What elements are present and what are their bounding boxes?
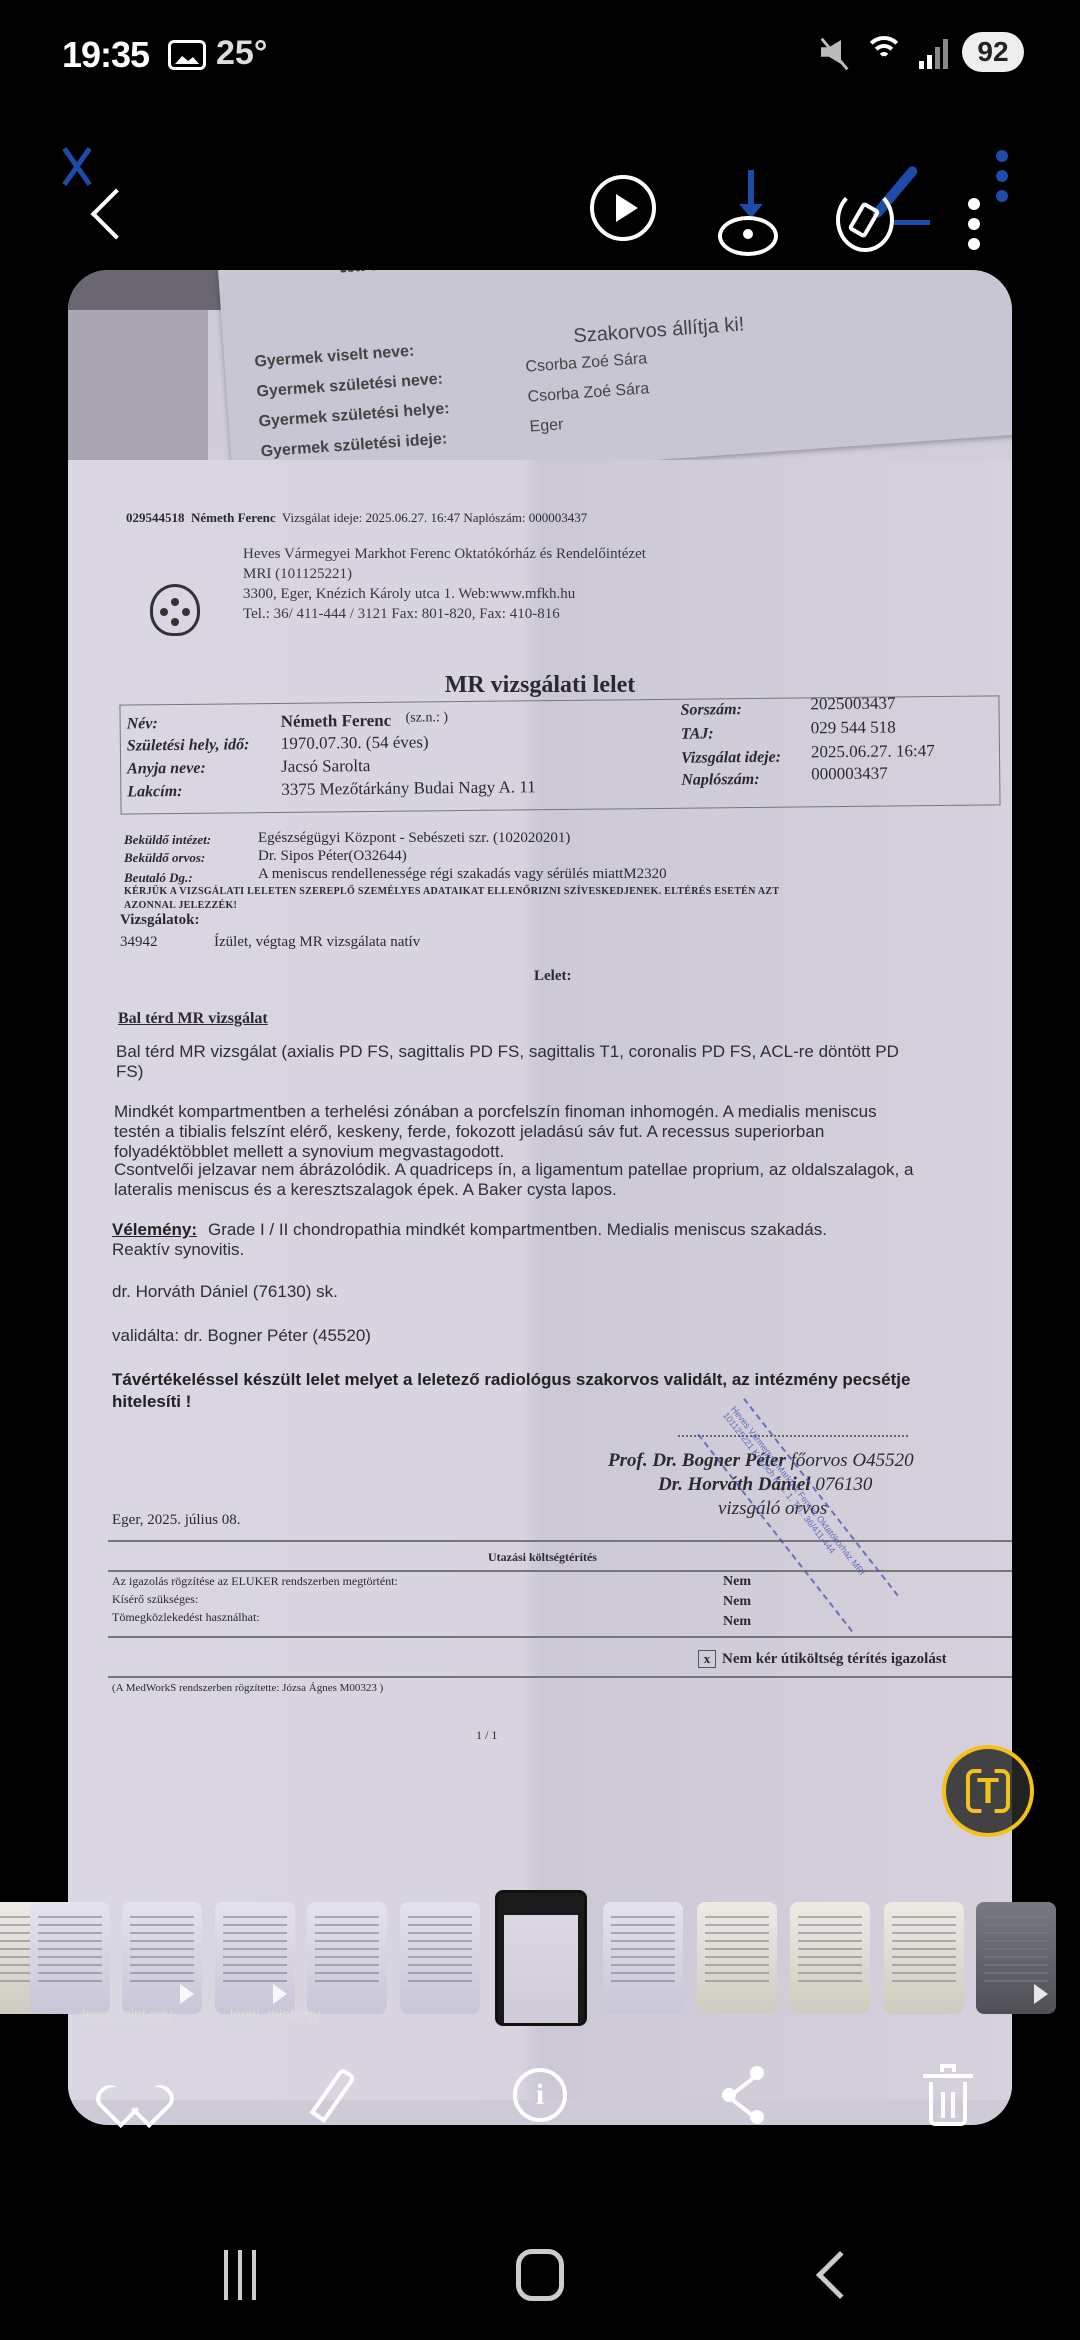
opinion-label: Vélemény: [112,1220,197,1240]
patient-info-box: Név: Németh Ferenc (sz.n.: ) Születési h… [119,695,1000,814]
status-bar: 19:35 25° 92 [0,0,1080,110]
referral-dg-value: A meniscus rendellenessége régi szakadás… [258,866,667,883]
thumbnail[interactable] [697,1902,777,2014]
delete-button[interactable] [913,2060,983,2130]
pencil-icon [310,2067,357,2123]
travel-row-label: Az igazolás rögzítése az ELUKER rendszer… [112,1574,398,1589]
travel-row-value: Nem [723,1614,751,1630]
divider [108,1540,1012,1542]
background-row-label: Gyermek születési helye: [258,400,450,431]
scan-text-glyph: T [977,1770,999,1812]
battery-icon: 92 [962,32,1024,72]
signed-by: dr. Horváth Dániel (76130) sk. [112,1282,338,1302]
share-icon [708,2060,778,2130]
recorded-by: (A MedWorkS rendszerben rögzítette: Józs… [112,1682,383,1694]
mother-label: Anyja neve: [127,760,206,779]
exam-code: 34942 [120,934,158,951]
background-row-value: Eger [529,416,564,436]
address-label: Lakcím: [127,783,182,802]
birth-label: Születési hely, idő: [127,736,250,755]
serial-label: Sorszám: [680,701,742,720]
place-date: Eger, 2025. július 08. [112,1512,241,1529]
header-name: Németh Ferenc [191,510,276,525]
bixby-vision-button[interactable] [710,170,800,260]
status-time: 19:35 [62,34,149,76]
thumbnail-strip[interactable]: lenni, mint egy lenni, mint egy [0,1890,1080,2030]
body-line: Csontvelői jelzavar nem ábrázolódik. A q… [114,1160,913,1180]
travel-row-value: Nem [723,1594,751,1610]
photo-viewer[interactable]: tartósan beteg, illetőleg súlyosan fogya… [68,270,1012,2125]
thumbnail[interactable] [30,1902,110,2014]
gallery-viewer-screen: 19:35 25° 92 [0,0,1080,2340]
name-suffix: (sz.n.: ) [406,710,449,726]
travel-checkbox-row: xNem kér útiköltség térítés igazolást [698,1650,947,1668]
data-check-notice-2: AZONNAL JELEZZÉK! [124,900,237,911]
thumbnail-active[interactable] [495,1890,587,2026]
more-dot [968,238,980,250]
background-row-label: Gyermek születési ideje: [260,430,448,461]
play-triangle-icon [616,194,638,222]
mute-icon [819,34,849,70]
eye-pupil [739,225,757,243]
referral-institute-value: Egészségügyi Központ - Sebészeti szr. (1… [258,830,570,847]
travel-row-label: Kísérő szükséges: [112,1592,198,1607]
referral-doctor-value: Dr. Sipos Péter(O32644) [258,848,407,865]
recents-icon [219,2250,261,2300]
heart-icon [113,2077,153,2113]
page-number: 1 / 1 [476,1728,497,1743]
thumbnail[interactable] [884,1902,964,2014]
institution-unit: MRI (101125221) [243,566,352,583]
travel-title: Utazási költségtérítés [488,1550,597,1565]
favorite-button[interactable] [98,2060,168,2130]
body-line: lateralis meniscus és a keresztszalagok … [114,1180,617,1200]
body-line: folyadéktöbblet mellett a synovium megva… [114,1142,504,1162]
travel-checkbox-label: Nem kér útiköltség térítés igazolást [722,1651,947,1667]
report-header-line: 029544518 Németh Ferenc Vizsgálat ideje:… [126,510,587,526]
body-line: FS) [116,1062,143,1082]
recents-button[interactable] [200,2240,280,2310]
background-row-value: Csorba Zoé Sára [525,350,648,376]
exam-time-value: 2025.06.27. 16:47 [811,741,935,762]
background-heading: tartósan beteg, illetőleg súlyosan fogya… [337,270,987,280]
body-line: Mindkét kompartmentben a terhelési zónáb… [114,1102,877,1122]
more-dot [996,190,1008,202]
body-line: Bal térd MR vizsgálat (axialis PD FS, sa… [116,1042,899,1062]
thumbnail[interactable] [976,1902,1056,2014]
thumbnail[interactable] [307,1902,387,2014]
header-rest: Vizsgálat ideje: 2025.06.27. 16:47 Napló… [282,510,587,525]
pen-underline [894,220,930,225]
video-play-icon [273,1984,287,2004]
info-icon: i [513,2068,567,2122]
thumbnail[interactable] [400,1902,480,2014]
details-button[interactable]: i [505,2060,575,2130]
home-icon [516,2249,564,2301]
status-temperature: 25° [216,34,267,73]
rotate-button[interactable] [830,160,940,260]
exam-name: Ízület, végtag MR vizsgálata natív [214,934,420,951]
top-toolbar [0,130,1080,260]
divider [108,1636,1012,1638]
referral-dg-label: Beutaló Dg.: [124,870,193,886]
institution-phone: Tel.: 36/ 411-444 / 3121 Fax: 801-820, F… [243,606,560,623]
taj-label: TAJ: [681,725,714,743]
thumbnail[interactable] [603,1902,683,2014]
data-check-notice: KÉRJÜK A VIZSGÁLATI LELETEN SZEREPLŐ SZE… [124,886,779,897]
document-photo: tartósan beteg, illetőleg súlyosan fogya… [68,270,1012,2125]
header-id: 029544518 [126,510,185,525]
tele-notice: Távértékeléssel készült lelet melyet a l… [112,1370,910,1390]
nav-back-button[interactable] [800,2240,880,2310]
thumbnail[interactable] [215,1902,295,2014]
address-value: 3375 Mezőtárkány Budai Nagy A. 11 [281,777,536,800]
action-bar: i [68,2030,1012,2130]
more-dot [968,218,980,230]
log-label: Naplószám: [681,771,759,790]
background-row-label: Gyermek születési neve: [256,371,444,402]
sig-role-1: főorvos O45520 [791,1450,914,1471]
background-row-value: Csorba Zoé Sára [527,380,650,406]
thumbnail[interactable] [122,1902,202,2014]
remaster-button[interactable] [590,175,670,255]
scan-text-button[interactable]: T [942,1745,1034,1837]
back-icon [816,2251,864,2299]
mother-value: Jacsó Sarolta [281,756,370,777]
background-row-label: Gyermek viselt neve: [254,343,415,372]
signal-icon [919,35,948,69]
share-button[interactable] [708,2060,778,2130]
opinion-text-2: Reaktív synovitis. [112,1240,244,1260]
video-play-icon [180,1984,194,2004]
thumbnail-caption: lenni, mint egy [230,2006,320,2022]
back-button[interactable] [84,180,134,250]
background-document: tartósan beteg, illetőleg súlyosan fogya… [218,270,1012,489]
log-value: 000003437 [811,764,888,785]
taj-value: 029 544 518 [811,717,896,738]
divider [108,1676,1012,1678]
tele-notice-2: hitelesíti ! [112,1392,191,1412]
thumbnail[interactable] [790,1902,870,2014]
more-dot [996,170,1008,182]
status-indicators: 92 [819,32,1024,72]
exam-time-label: Vizsgálat ideje: [681,749,781,768]
mr-report-page: 029544518 Németh Ferenc Vizsgálat ideje:… [68,460,1012,2100]
wifi-icon [863,34,905,70]
institution-name: Heves Vármegyei Markhot Ferenc Oktatókór… [243,546,646,563]
trash-icon [913,2060,983,2130]
birth-value: 1970.07.30. (54 éves) [281,732,429,754]
more-options-button[interactable] [960,140,1020,250]
download-icon [748,170,754,210]
body-line: testén a tibialis felszínt elérő, kesken… [114,1122,824,1142]
name-label: Név: [127,715,158,733]
referral-institute-label: Beküldő intézet: [124,832,211,848]
more-vertical-icon [996,150,1008,162]
name-value: Németh Ferenc [281,711,392,732]
travel-row-value: Nem [723,1574,751,1590]
sig-code-2: 076130 [815,1474,872,1495]
more-dot [968,198,980,210]
background-subtitle: Szakorvos állítja ki! [573,313,745,348]
finding-label: Lelet: [534,968,571,985]
video-play-icon [1034,1984,1048,2004]
serial-value: 2025003437 [810,693,895,714]
gallery-notification-icon [168,40,206,70]
home-button[interactable] [500,2240,580,2310]
section-title: Bal térd MR vizsgálat [118,1010,268,1028]
hospital-logo-icon [136,570,216,660]
edit-button[interactable] [298,2060,368,2130]
opinion-text: Grade I / II chondropathia mindkét kompa… [208,1220,827,1240]
thumbnail-caption: lenni, mint egy [82,2006,172,2022]
institution-address: 3300, Eger, Knézich Károly utca 1. Web:w… [243,586,575,603]
referral-doctor-label: Beküldő orvos: [124,850,205,866]
travel-row-label: Tömegközlekedést használhat: [112,1610,260,1625]
exams-label: Vizsgálatok: [120,912,199,929]
chevron-left-icon [91,189,142,240]
system-nav-bar [0,2210,1080,2340]
travel-checkbox: x [698,1650,716,1668]
validated-by: validálta: dr. Bogner Péter (45520) [112,1326,371,1346]
